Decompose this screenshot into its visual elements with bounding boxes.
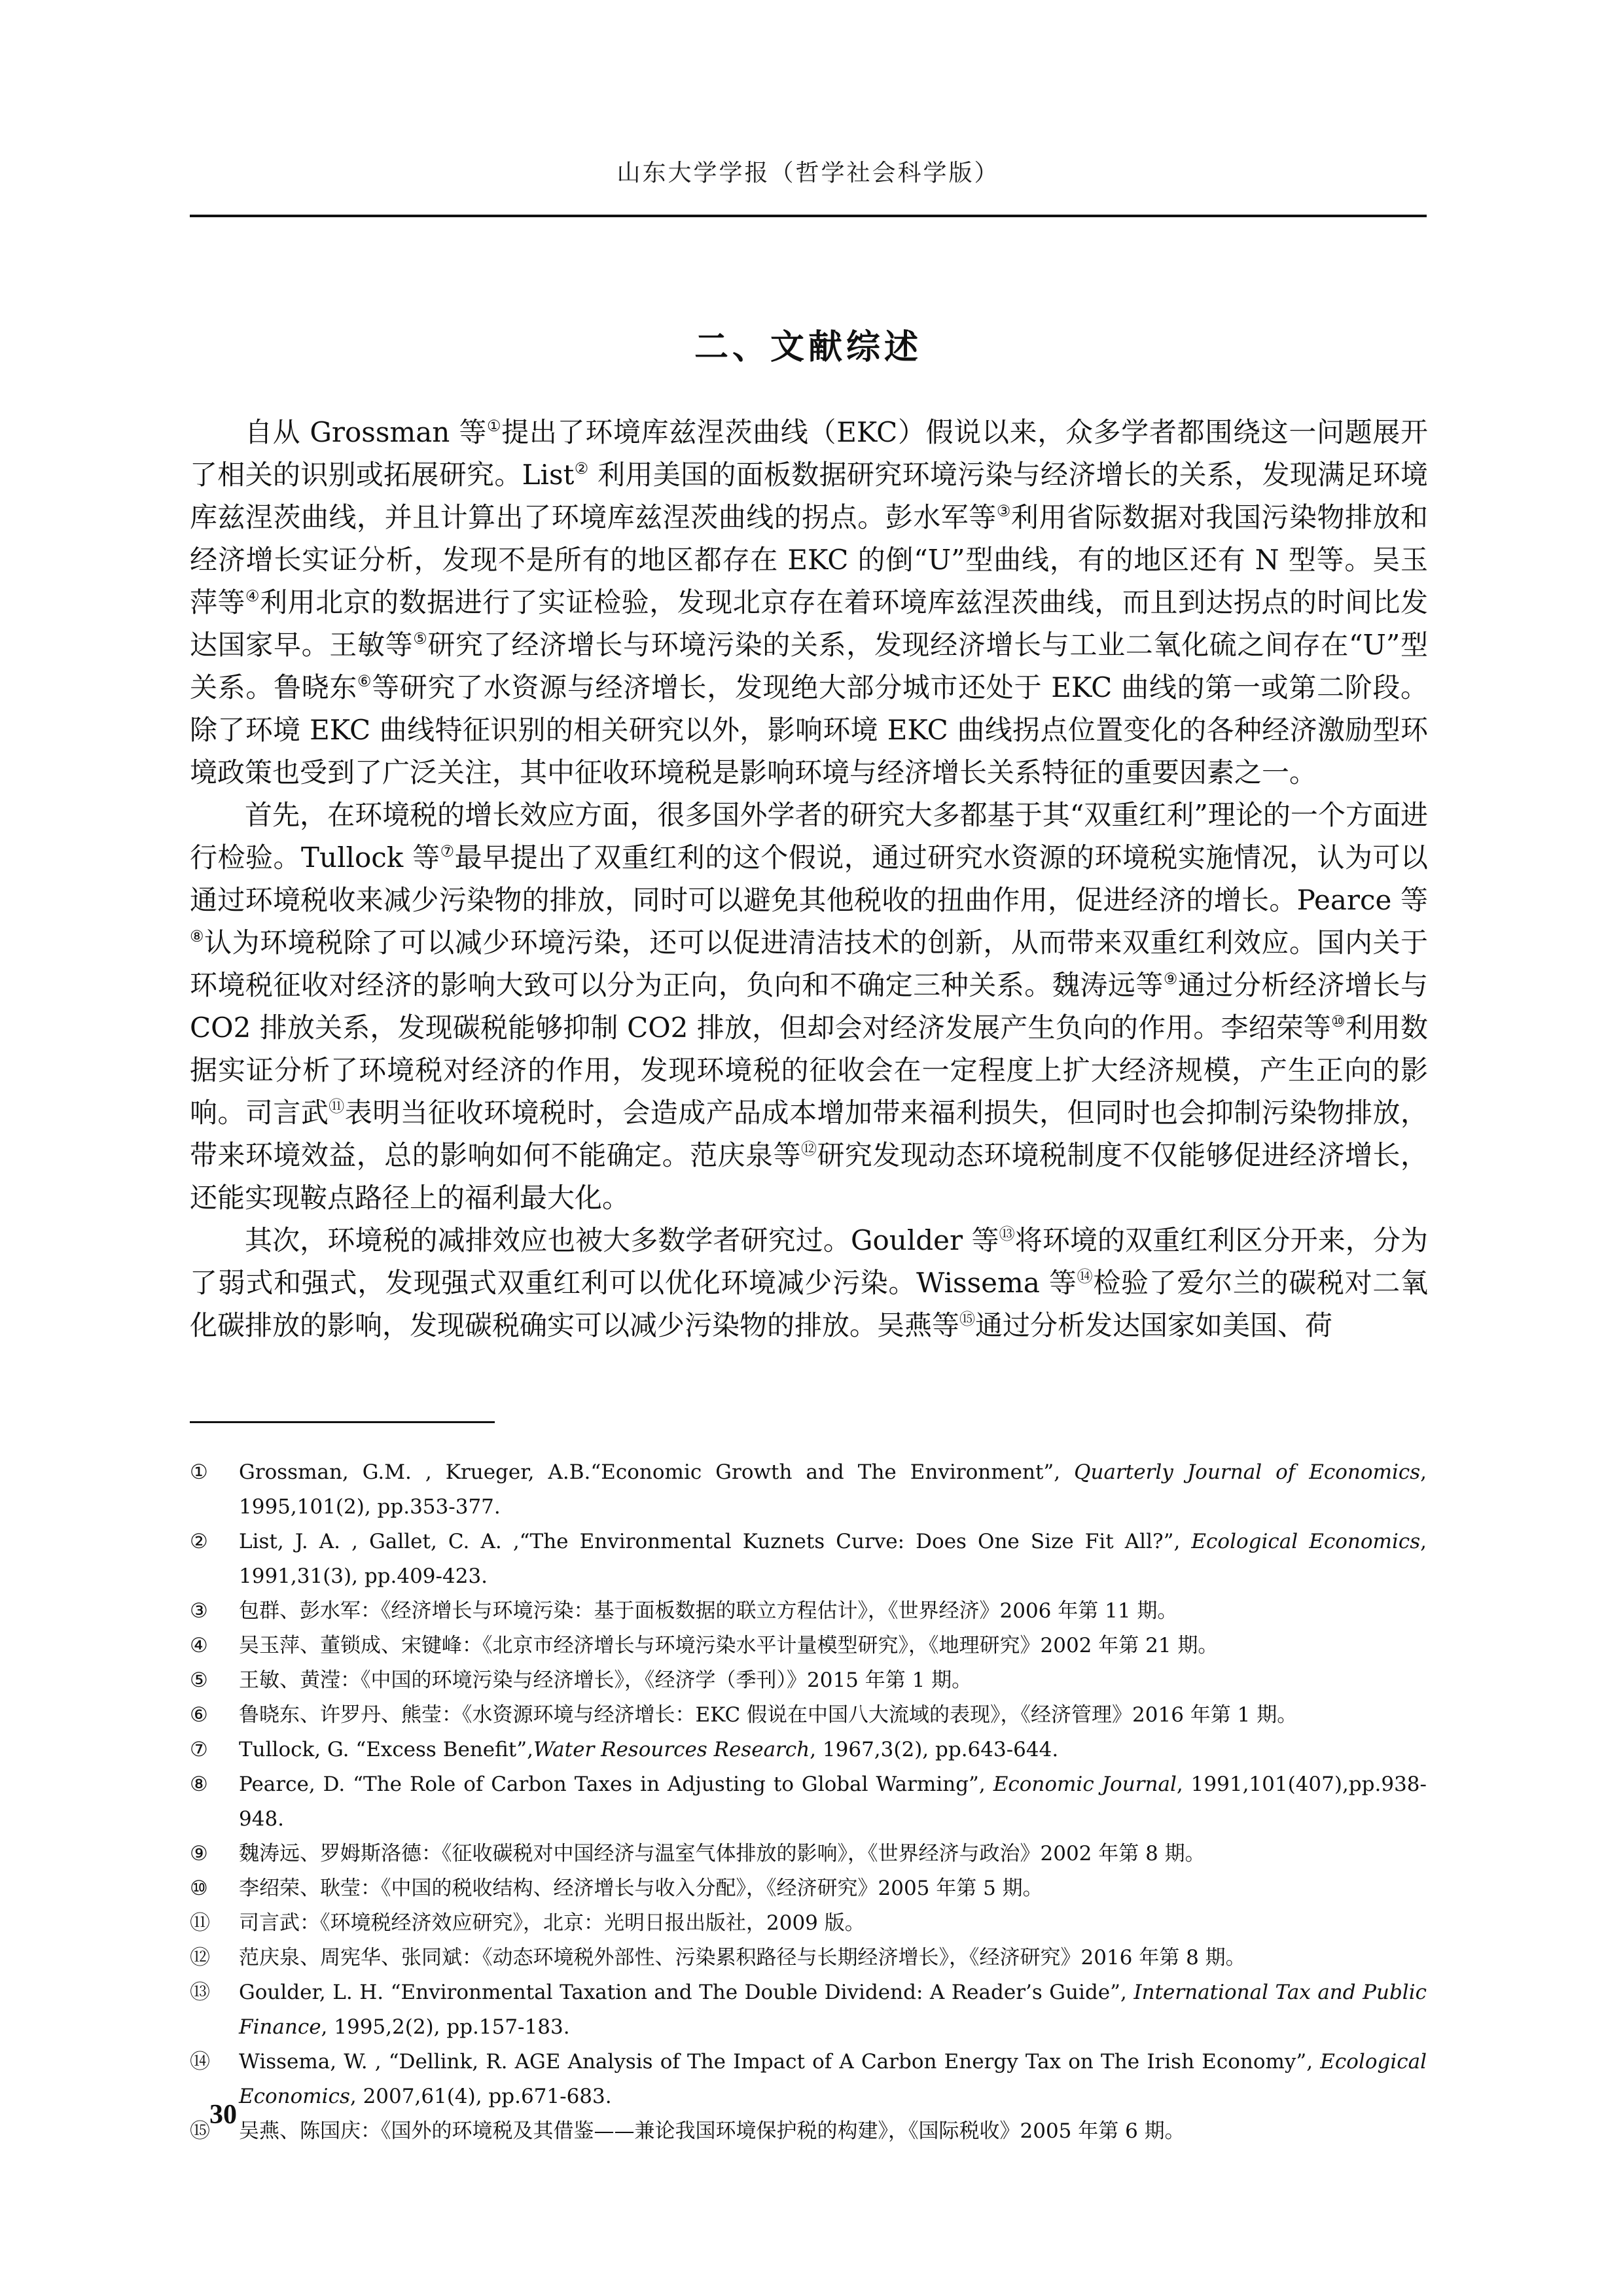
footnote-reference-link[interactable]: ④ bbox=[245, 587, 260, 605]
footnote-marker: ⑧ bbox=[190, 1767, 239, 1837]
footnote-marker: ⑬ bbox=[190, 1975, 239, 2045]
footnote-reference-link[interactable]: ① bbox=[487, 417, 501, 435]
footnote-reference-link[interactable]: ⑧ bbox=[190, 927, 204, 945]
footnote-item: ⑪司言武：《环境税经济效应研究》，北京：光明日报出版社，2009 版。 bbox=[190, 1906, 1427, 1941]
footnote-separator bbox=[190, 1421, 495, 1423]
footnote-reference-link[interactable]: ③ bbox=[997, 502, 1011, 520]
footnote-item: ⑧Pearce, D. “The Role of Carbon Taxes in… bbox=[190, 1767, 1427, 1837]
footnote-item: ⑫范庆泉、周宪华、张同斌：《动态环境税外部性、污染累积路径与长期经济增长》，《经… bbox=[190, 1941, 1427, 1975]
footnote-item: ⑮吴燕、陈国庆：《国外的环境税及其借鉴——兼论我国环境保护税的构建》，《国际税收… bbox=[190, 2114, 1427, 2149]
footnote-citation: 司言武：《环境税经济效应研究》，北京：光明日报出版社，2009 版。 bbox=[239, 1906, 1427, 1941]
footnote-item: ⑩李绍荣、耿莹：《中国的税收结构、经济增长与收入分配》，《经济研究》2005 年… bbox=[190, 1871, 1427, 1906]
footnote-citation: Wissema, W. , “Dellink, R. AGE Analysis … bbox=[239, 2045, 1427, 2114]
footnote-reference-link[interactable]: ⑤ bbox=[413, 629, 427, 648]
footnote-citation: Pearce, D. “The Role of Carbon Taxes in … bbox=[239, 1767, 1427, 1837]
footnote-marker: ⑨ bbox=[190, 1837, 239, 1871]
footnote-reference-link[interactable]: ⑨ bbox=[1164, 970, 1178, 988]
footnote-item: ⑨魏涛远、罗姆斯洛德：《征收碳税对中国经济与温室气体排放的影响》，《世界经济与政… bbox=[190, 1837, 1427, 1871]
footnote-reference-link[interactable]: ⑮ bbox=[959, 1310, 975, 1328]
footnote-citation: Goulder, L. H. “Environmental Taxation a… bbox=[239, 1975, 1427, 2045]
running-head-journal-title: 山东大学学报（哲学社会科学版） bbox=[190, 154, 1427, 188]
footnote-marker: ① bbox=[190, 1455, 239, 1525]
footnote-citation: List, J. A. , Gallet, C. A. ,“The Enviro… bbox=[239, 1525, 1427, 1594]
section-title: 二、文献综述 bbox=[190, 319, 1427, 368]
footnote-marker: ③ bbox=[190, 1594, 239, 1629]
footnote-citation: 鲁晓东、许罗丹、熊莹：《水资源环境与经济增长：EKC 假说在中国八大流域的表现》… bbox=[239, 1698, 1427, 1733]
footnotes: ①Grossman, G.M. , Krueger, A.B.“Economic… bbox=[190, 1455, 1427, 2149]
footnote-citation: 魏涛远、罗姆斯洛德：《征收碳税对中国经济与温室气体排放的影响》，《世界经济与政治… bbox=[239, 1837, 1427, 1871]
footnote-item: ⑤王敏、黄滢：《中国的环境污染与经济增长》，《经济学（季刊）》2015 年第 1… bbox=[190, 1663, 1427, 1698]
footnote-marker: ⑪ bbox=[190, 1906, 239, 1941]
footnote-citation: 包群、彭水军：《经济增长与环境污染：基于面板数据的联立方程估计》，《世界经济》2… bbox=[239, 1594, 1427, 1629]
body-paragraph: 其次，环境税的减排效应也被大多数学者研究过。Goulder 等⑬将环境的双重红利… bbox=[190, 1219, 1428, 1347]
footnote-marker: ⑩ bbox=[190, 1871, 239, 1906]
footnote-reference-link[interactable]: ⑦ bbox=[440, 842, 455, 860]
footnote-item: ⑬Goulder, L. H. “Environmental Taxation … bbox=[190, 1975, 1427, 2045]
footnote-reference-link[interactable]: ⑫ bbox=[801, 1140, 817, 1158]
footnote-citation: 吴玉萍、董锁成、宋键峰：《北京市经济增长与环境污染水平计量模型研究》，《地理研究… bbox=[239, 1629, 1427, 1663]
footnote-reference-link[interactable]: ⑭ bbox=[1077, 1267, 1094, 1286]
footnote-citation: 吴燕、陈国庆：《国外的环境税及其借鉴——兼论我国环境保护税的构建》，《国际税收》… bbox=[239, 2114, 1427, 2149]
footnote-citation: 王敏、黄滢：《中国的环境污染与经济增长》，《经济学（季刊）》2015 年第 1 … bbox=[239, 1663, 1427, 1698]
footnote-item: ⑥鲁晓东、许罗丹、熊莹：《水资源环境与经济增长：EKC 假说在中国八大流域的表现… bbox=[190, 1698, 1427, 1733]
body-paragraph: 首先，在环境税的增长效应方面，很多国外学者的研究大多都基于其“双重红利”理论的一… bbox=[190, 794, 1428, 1219]
footnote-marker: ⑦ bbox=[190, 1733, 239, 1767]
body-paragraph: 自从 Grossman 等①提出了环境库兹涅茨曲线（EKC）假说以来，众多学者都… bbox=[190, 411, 1428, 794]
footnote-item: ①Grossman, G.M. , Krueger, A.B.“Economic… bbox=[190, 1455, 1427, 1525]
body-text: 自从 Grossman 等①提出了环境库兹涅茨曲线（EKC）假说以来，众多学者都… bbox=[190, 411, 1428, 1347]
footnote-item: ⑦Tullock, G. “Excess Benefit”,Water Reso… bbox=[190, 1733, 1427, 1767]
footnote-reference-link[interactable]: ⑪ bbox=[329, 1097, 344, 1116]
header-rule bbox=[190, 215, 1427, 217]
footnote-item: ③包群、彭水军：《经济增长与环境污染：基于面板数据的联立方程估计》，《世界经济》… bbox=[190, 1594, 1427, 1629]
footnote-citation: Grossman, G.M. , Krueger, A.B.“Economic … bbox=[239, 1455, 1427, 1525]
footnote-reference-link[interactable]: ② bbox=[574, 459, 588, 478]
page-number: 30 bbox=[209, 2099, 237, 2130]
footnote-marker: ④ bbox=[190, 1629, 239, 1663]
footnote-marker: ② bbox=[190, 1525, 239, 1594]
footnote-reference-link[interactable]: ⑩ bbox=[1331, 1012, 1346, 1031]
footnote-item: ②List, J. A. , Gallet, C. A. ,“The Envir… bbox=[190, 1525, 1427, 1594]
footnote-reference-link[interactable]: ⑬ bbox=[999, 1225, 1015, 1243]
footnote-citation: 范庆泉、周宪华、张同斌：《动态环境税外部性、污染累积路径与长期经济增长》，《经济… bbox=[239, 1941, 1427, 1975]
footnote-marker: ⑤ bbox=[190, 1663, 239, 1698]
footnote-marker: ⑥ bbox=[190, 1698, 239, 1733]
footnote-citation: 李绍荣、耿莹：《中国的税收结构、经济增长与收入分配》，《经济研究》2005 年第… bbox=[239, 1871, 1427, 1906]
footnote-item: ④吴玉萍、董锁成、宋键峰：《北京市经济增长与环境污染水平计量模型研究》，《地理研… bbox=[190, 1629, 1427, 1663]
footnote-citation: Tullock, G. “Excess Benefit”,Water Resou… bbox=[239, 1733, 1427, 1767]
footnote-reference-link[interactable]: ⑥ bbox=[357, 672, 372, 690]
footnote-item: ⑭Wissema, W. , “Dellink, R. AGE Analysis… bbox=[190, 2045, 1427, 2114]
footnote-marker: ⑫ bbox=[190, 1941, 239, 1975]
